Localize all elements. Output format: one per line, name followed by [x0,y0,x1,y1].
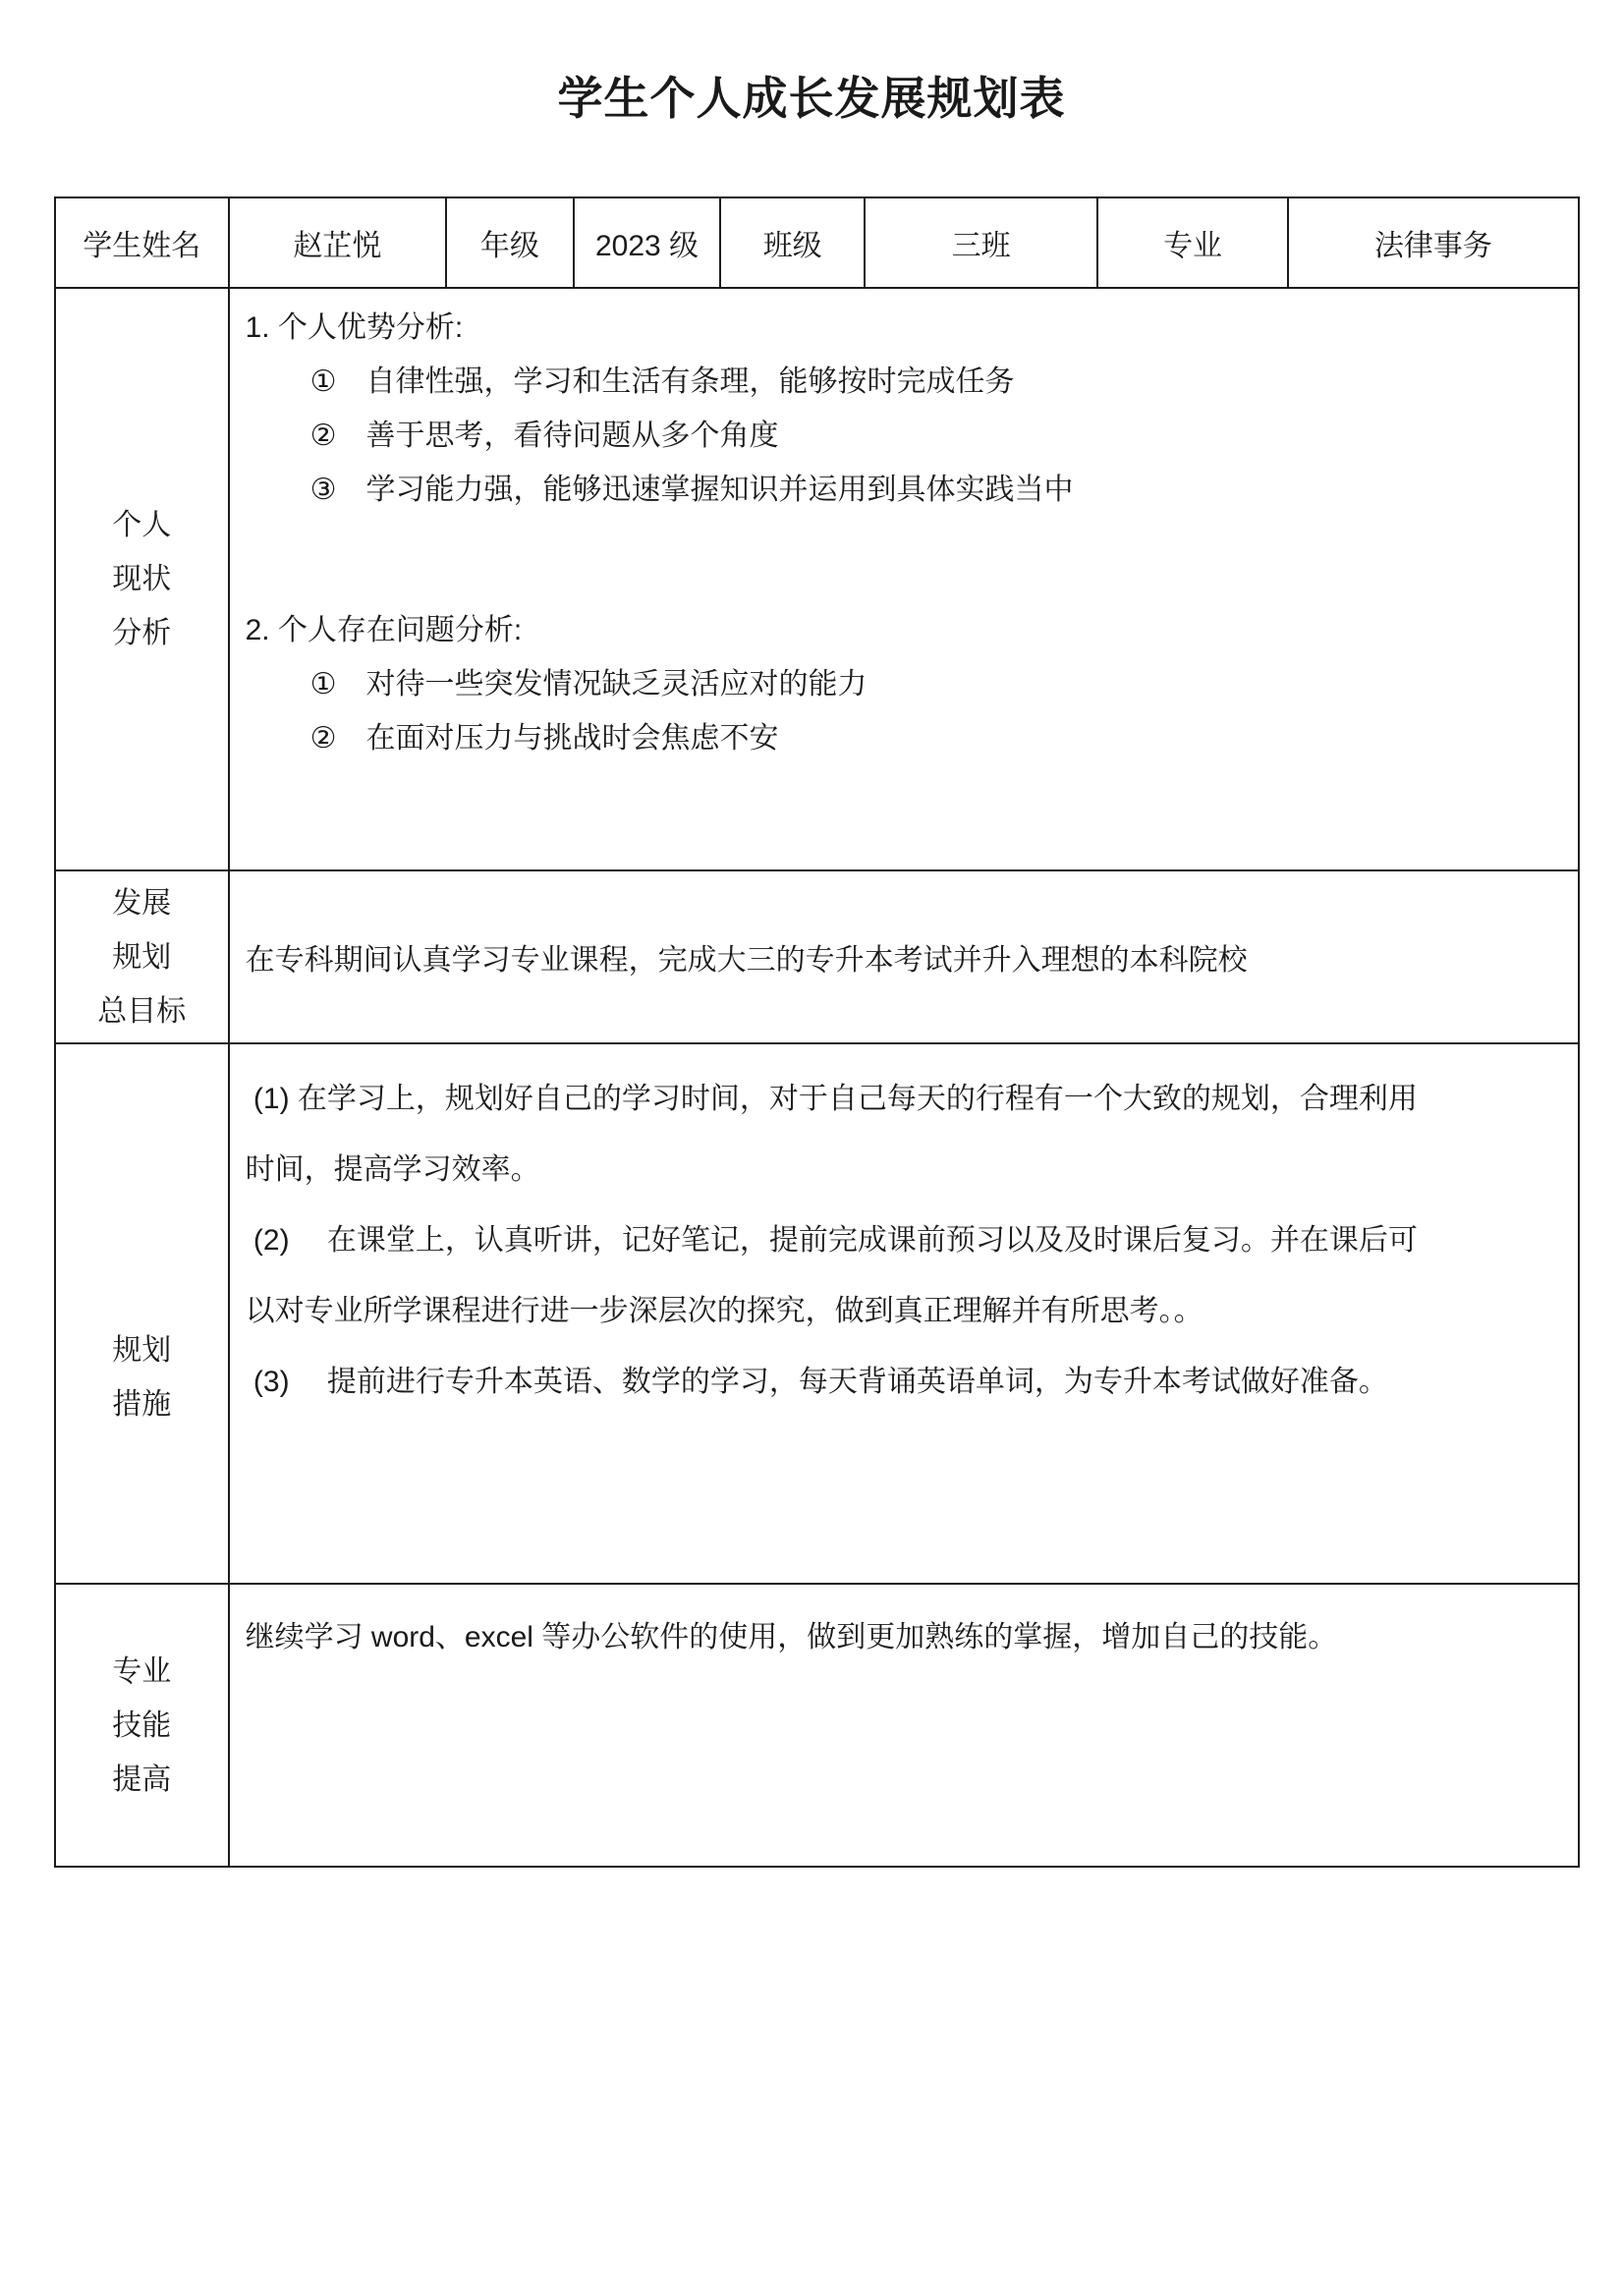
development-goal-row-label: 发展 规划 总目标 [56,871,230,1042]
row-planning-measures: 规划 措施 (1) 在学习上，规划好自己的学习时间，对于自己每天的行程有一个大致… [56,1044,1578,1585]
student-name-label: 学生姓名 [56,198,230,287]
student-name-value: 赵芷悦 [230,198,448,287]
personal-analysis-content: 1. 个人优势分析: ① 自律性强，学习和生活有条理，能够按时完成任务 ② 善于… [230,289,1578,869]
problems-title: 2. 个人存在问题分析: [246,603,1558,657]
student-plan-table: 学生姓名 赵芷悦 年级 2023 级 班级 三班 专业 法律事务 个人 现状 分… [54,196,1580,1868]
row-skills-improvement: 专业 技能 提高 继续学习 word、excel 等办公软件的使用，做到更加熟练… [56,1585,1578,1866]
problem-item: ② 在面对压力与挑战时会焦虑不安 [246,711,1558,765]
planning-measures-label-text: 规划 措施 [112,1323,171,1431]
major-value: 法律事务 [1289,198,1578,287]
skills-improvement-content: 继续学习 word、excel 等办公软件的使用，做到更加熟练的掌握，增加自己的… [230,1585,1578,1866]
development-goal-text: 在专科期间认真学习专业课程，完成大三的专升本考试并升入理想的本科院校 [246,935,1248,979]
row-development-goal: 发展 规划 总目标 在专科期间认真学习专业课程，完成大三的专升本考试并升入理想的… [56,871,1578,1044]
problem-item: ① 对待一些突发情况缺乏灵活应对的能力 [246,657,1558,711]
grade-label: 年级 [447,198,575,287]
strength-item: ② 善于思考，看待问题从多个角度 [246,409,1558,463]
page-title: 学生个人成长发展规划表 [0,71,1623,126]
personal-analysis-row-label: 个人 现状 分析 [56,289,230,869]
strength-item: ① 自律性强，学习和生活有条理，能够按时完成任务 [246,355,1558,409]
row-personal-analysis: 个人 现状 分析 1. 个人优势分析: ① 自律性强，学习和生活有条理，能够按时… [56,289,1578,871]
planning-measures-row-label: 规划 措施 [56,1044,230,1583]
table-header-row: 学生姓名 赵芷悦 年级 2023 级 班级 三班 专业 法律事务 [56,198,1578,289]
skills-improvement-row-label: 专业 技能 提高 [56,1585,230,1866]
class-label: 班级 [721,198,866,287]
document-page: 学生个人成长发展规划表 学生姓名 赵芷悦 年级 2023 级 班级 三班 专业 … [0,0,1623,2296]
grade-value: 2023 级 [575,198,722,287]
strength-item: ③ 学习能力强，能够迅速掌握知识并运用到具体实践当中 [246,463,1558,517]
class-value: 三班 [866,198,1098,287]
planning-measures-content: (1) 在学习上，规划好自己的学习时间，对于自己每天的行程有一个大致的规划，合理… [230,1044,1578,1583]
development-goal-content: 在专科期间认真学习专业课程，完成大三的专升本考试并升入理想的本科院校 [230,871,1578,1042]
strengths-title: 1. 个人优势分析: [246,301,1558,355]
major-label: 专业 [1098,198,1288,287]
